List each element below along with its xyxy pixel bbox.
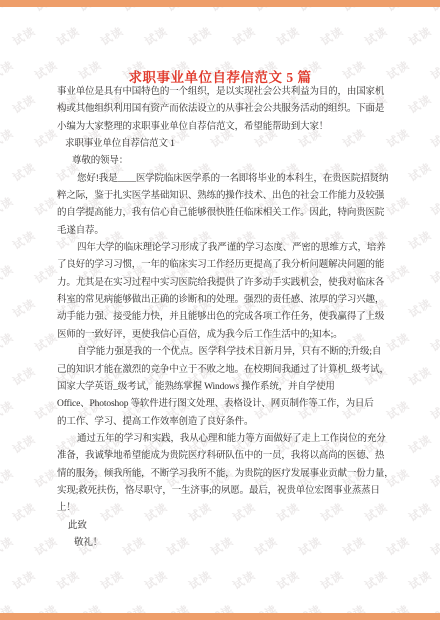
text-line: 此致: [57, 518, 389, 535]
text-line: 自学能力强是我的一个优点。医学科学技术日新月异，只有不断的;升级;自: [57, 344, 389, 361]
text-line: 您好!我是____医学院临床医学系的一名即将毕业的本科生，在贵医院招贤纳: [57, 171, 389, 188]
trial-watermark-text: 试读: [0, 397, 16, 423]
trial-watermark-text: 试读: [142, 567, 171, 593]
text-line: 的工作、学习、提高工作效率创造了良好条件。: [57, 414, 389, 431]
text-line: 毛遂自荐。: [57, 223, 389, 240]
trial-watermark-text: 试读: [428, 125, 440, 151]
trial-watermark-text: 试读: [230, 567, 259, 593]
page-bottom-truncation-bar: [0, 613, 440, 620]
trial-watermark-text: 试读: [406, 159, 435, 185]
trial-watermark-text: 试读: [54, 23, 83, 49]
text-line: 准备，我诚挚地希望能成为贵院医疗科研队伍中的一员，我将以高尚的医德、热: [57, 448, 389, 465]
text-line: 实现;救死扶伤，恪尽职守，一生济事;的夙愿。最后，祝贵单位宏图事业蒸蒸日: [57, 483, 389, 500]
trial-watermark-text: 试读: [10, 363, 39, 389]
trial-watermark-text: 试读: [10, 91, 39, 117]
trial-watermark-text: 试读: [428, 533, 440, 559]
trial-watermark-text: 试读: [0, 261, 16, 287]
text-line: 构或其他组织利用国有资产而依法设立的从事社会公共服务活动的组织。下面是: [57, 101, 389, 118]
trial-watermark-text: 试读: [10, 499, 39, 525]
trial-watermark-text: 试读: [406, 431, 435, 457]
text-line: 国家大学英语_级考试，能熟练掌握 Windows 操作系统，并自学使用: [57, 379, 389, 396]
trial-watermark-text: 试读: [406, 363, 435, 389]
trial-watermark-text: 试读: [0, 533, 16, 559]
trial-watermark-text: 试读: [428, 329, 440, 355]
text-line: 尊敬的领导：: [57, 153, 389, 170]
trial-watermark-text: 试读: [362, 567, 391, 593]
trial-watermark-text: 试读: [428, 261, 440, 287]
trial-watermark-text: 试读: [0, 465, 16, 491]
text-line: 上！: [57, 500, 389, 517]
trial-watermark-text: 试读: [406, 295, 435, 321]
trial-watermark-text: 试读: [406, 567, 435, 593]
trial-watermark-text: 试读: [98, 23, 127, 49]
trial-watermark-text: 试读: [142, 23, 171, 49]
trial-watermark-text: 试读: [274, 567, 303, 593]
trial-watermark-text: 试读: [10, 23, 39, 49]
text-line: 力。尤其是在实习过程中实习医院给我提供了许多动手实践机会，使我对临床各: [57, 275, 389, 292]
trial-watermark-text: 试读: [98, 567, 127, 593]
text-line: 求职事业单位自荐信范文 1: [57, 136, 389, 153]
trial-watermark-text: 试读: [406, 91, 435, 117]
trial-watermark-text: 试读: [274, 23, 303, 49]
trial-watermark-text: 试读: [428, 397, 440, 423]
trial-watermark-text: 试读: [0, 193, 16, 219]
trial-watermark-text: 试读: [10, 295, 39, 321]
trial-watermark-text: 试读: [0, 125, 16, 151]
trial-watermark-text: 试读: [428, 465, 440, 491]
trial-watermark-text: 试读: [230, 23, 259, 49]
text-line: 动手能力强、接受能力快，并且能够出色的完成各项工作任务，使我赢得了上级: [57, 309, 389, 326]
trial-watermark-text: 试读: [406, 23, 435, 49]
trial-watermark-text: 试读: [406, 227, 435, 253]
text-line: 小编为大家整理的求职事业单位自荐信范文，希望能帮助到大家！: [57, 119, 389, 136]
text-line: 科室的常见病能够做出正确的诊断和的处理。强烈的责任感、浓厚的学习兴趣，: [57, 292, 389, 309]
trial-watermark-text: 试读: [10, 567, 39, 593]
document-page[interactable]: 试读试读试读试读试读试读试读试读试读试读试读试读试读试读试读试读试读试读试读试读…: [0, 0, 440, 620]
text-line: 粹之际，鉴于扎实医学基础知识、熟练的操作技术、出色的社会工作能力及较强: [57, 188, 389, 205]
trial-watermark-text: 试读: [428, 193, 440, 219]
trial-watermark-text: 试读: [406, 499, 435, 525]
trial-watermark-text: 试读: [10, 159, 39, 185]
text-line: 己的知识才能在激烈的竞争中立于不败之地。在校期间我通过了计算机_级考试，: [57, 362, 389, 379]
trial-watermark-text: 试读: [54, 567, 83, 593]
text-line: 通过五年的学习和实践，我从心理和能力等方面做好了走上工作岗位的充分: [57, 431, 389, 448]
text-line: 医师的一致好评，更使我信心百倍，成为我今后工作生活中的;知本;。: [57, 327, 389, 344]
trial-watermark-text: 试读: [318, 567, 347, 593]
trial-watermark-text: 试读: [318, 23, 347, 49]
text-line: 敬礼！: [57, 535, 389, 552]
trial-watermark-text: 试读: [10, 227, 39, 253]
text-line: Office、Photoshop 等软件进行图文处理、表格设计、网页制作等工作，…: [57, 396, 389, 413]
trial-watermark-text: 试读: [0, 329, 16, 355]
text-line: 四年大学的临床理论学习形成了我严谨的学习态度、严密的思维方式，培养: [57, 240, 389, 257]
document-body: 事业单位是具有中国特色的一个组织，是以实现社会公共利益为目的，由国家机构或其他组…: [57, 84, 389, 552]
trial-watermark-text: 试读: [186, 567, 215, 593]
page-top-truncation-bar: [0, 0, 440, 7]
text-line: 了良好的学习习惯，一年的临床实习工作经历更提高了我分析问题解决问题的能: [57, 257, 389, 274]
text-line: 事业单位是具有中国特色的一个组织，是以实现社会公共利益为目的，由国家机: [57, 84, 389, 101]
trial-watermark-text: 试读: [10, 431, 39, 457]
text-line: 情的服务，倾我所能，不断学习我所不能，为贵院的医疗发展事业贡献一份力量，: [57, 466, 389, 483]
trial-watermark-text: 试读: [186, 23, 215, 49]
trial-watermark-text: 试读: [362, 23, 391, 49]
text-line: 的自学提高能力，我有信心自己能够很快胜任临床相关工作。因此，特向贵医院: [57, 205, 389, 222]
